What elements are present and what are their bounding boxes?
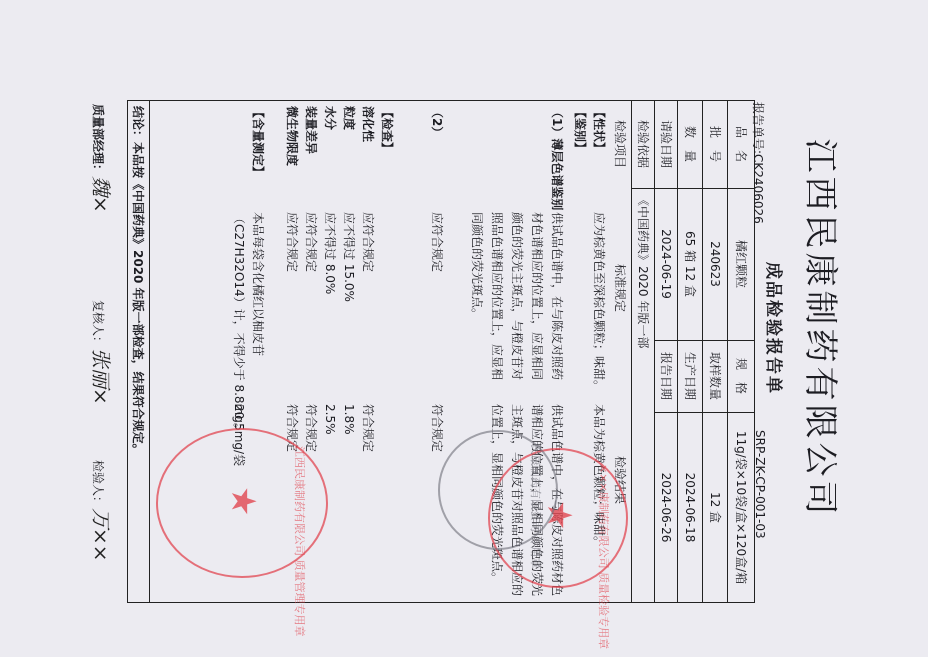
seal-text: 民康制药有限公司 专用章 bbox=[528, 444, 544, 569]
row-standard: 材色谱相应的位置上，应显相同 bbox=[527, 212, 546, 380]
row-standard: 应符合规定 bbox=[427, 212, 446, 272]
qa-manager-signature: 质量部经理：魏× bbox=[88, 104, 117, 213]
row-standard: 本品每袋含化橘红以柚皮苷 bbox=[248, 212, 267, 356]
value-batch: 240623 bbox=[703, 188, 728, 340]
label-request-date: 请验日期 bbox=[655, 100, 678, 188]
label-batch: 批 号 bbox=[703, 100, 728, 188]
row-standard: 应符合规定 bbox=[358, 212, 377, 272]
row-standard: 应符合规定 bbox=[282, 212, 301, 272]
row-item: 微生物限度 bbox=[282, 106, 301, 166]
row-standard: 应不得过 8.0% bbox=[320, 212, 339, 294]
label-product-name: 品 名 bbox=[728, 100, 755, 188]
row-standard: 供试品色谱中，在与陈皮对照药 bbox=[547, 212, 566, 380]
label-production-date: 生产日期 bbox=[678, 340, 703, 412]
conclusion: 结论：本品按《中国药典》2020 年版一部检查，结果符合规定。 bbox=[127, 106, 150, 596]
value-production-date: 2024-06-18 bbox=[678, 412, 703, 603]
seal-text: ×××康制药有限公司 质量检验专用章 bbox=[596, 464, 612, 649]
qa-manager-sign: 魏× bbox=[89, 176, 113, 213]
row-item: （2） bbox=[427, 106, 446, 138]
inspection-report-page: 江西民康制药有限公司 成品检验报告单 报告单号:CK2406026 SRP-ZK… bbox=[0, 0, 928, 657]
company-name: 江西民康制药有限公司 bbox=[799, 0, 848, 657]
row-item: 【鉴别】 bbox=[570, 106, 589, 154]
inspector-sign: 万×× bbox=[89, 508, 113, 562]
row-result: 1.8% bbox=[339, 404, 358, 435]
row-item: 【性状】 bbox=[589, 106, 608, 154]
reviewer-signature: 复核人：张丽× bbox=[88, 300, 117, 405]
row-standard: 应符合规定 bbox=[301, 212, 320, 272]
value-request-date: 2024-06-19 bbox=[655, 188, 678, 340]
label-quantity: 数 量 bbox=[678, 100, 703, 188]
reviewer-sign: 张丽× bbox=[89, 348, 113, 405]
label-basis: 检验依据 bbox=[632, 100, 655, 188]
inspector-signature: 检验人：万×× bbox=[88, 460, 117, 562]
grey-seal-middle: 民康制药有限公司 专用章 bbox=[438, 430, 558, 550]
row-standard: 照品色谱相应的位置上，应显相 bbox=[487, 212, 506, 380]
row-item: 溶化性 bbox=[358, 106, 377, 142]
row-item: 【含量测定】 bbox=[248, 106, 267, 178]
form-code: SRP-ZK-CP-001-03 bbox=[753, 430, 767, 539]
row-item: 粒度 bbox=[339, 106, 358, 130]
row-item: 水分 bbox=[320, 106, 339, 130]
row-standard: 应为棕黄色至深棕色颗粒；味甜。 bbox=[589, 212, 608, 392]
qa-manager-label: 质量部经理： bbox=[91, 104, 105, 176]
red-seal-bottom: ★ 江西民康制药有限公司 质量管理专用章 bbox=[156, 428, 328, 578]
row-result: 符合规定 bbox=[358, 404, 377, 452]
row-result: 2.5% bbox=[320, 404, 339, 435]
value-report-date: 2024-06-26 bbox=[655, 412, 678, 603]
row-standard: 应不得过 15.0% bbox=[339, 212, 358, 302]
col-header-item: 检验项目 bbox=[610, 100, 632, 188]
seal-star-icon: ★ bbox=[226, 486, 260, 516]
row-result: 符合规定 bbox=[427, 404, 446, 452]
row-item: 装量差异 bbox=[301, 106, 320, 154]
value-sample-qty: 12 盒 bbox=[703, 412, 728, 603]
row-standard: 颜色的荧光主斑点，与橙皮苷对 bbox=[507, 212, 526, 380]
label-sample-qty: 取样数量 bbox=[703, 340, 728, 412]
reviewer-label: 复核人： bbox=[91, 300, 105, 348]
col-header-standard: 标准规定 bbox=[610, 188, 632, 388]
row-standard: （C27H32O14）计，不得少于 8.8mg。 bbox=[229, 212, 248, 435]
row-result: 符合规定 bbox=[301, 404, 320, 452]
label-report-date: 报告日期 bbox=[655, 340, 678, 412]
seal-text: 江西民康制药有限公司 质量管理专用章 bbox=[292, 446, 308, 637]
value-basis: 《中国药典》2020 年版一部 bbox=[632, 194, 655, 594]
inspector-label: 检验人： bbox=[91, 460, 105, 508]
value-quantity: 65 箱 12 盒 bbox=[678, 188, 703, 340]
row-standard: 同颜色的荧光斑点。 bbox=[467, 212, 486, 320]
row-item: 【检查】 bbox=[377, 106, 396, 154]
label-spec: 规 格 bbox=[728, 340, 755, 412]
value-product-name: 橘红颗粒 bbox=[728, 188, 755, 340]
report-title: 成品检验报告单 bbox=[763, 0, 788, 657]
row-item: （1）薄层色谱鉴别 bbox=[547, 106, 566, 210]
value-spec: 11g/袋×10袋/盒×120盒/箱 bbox=[728, 412, 755, 603]
